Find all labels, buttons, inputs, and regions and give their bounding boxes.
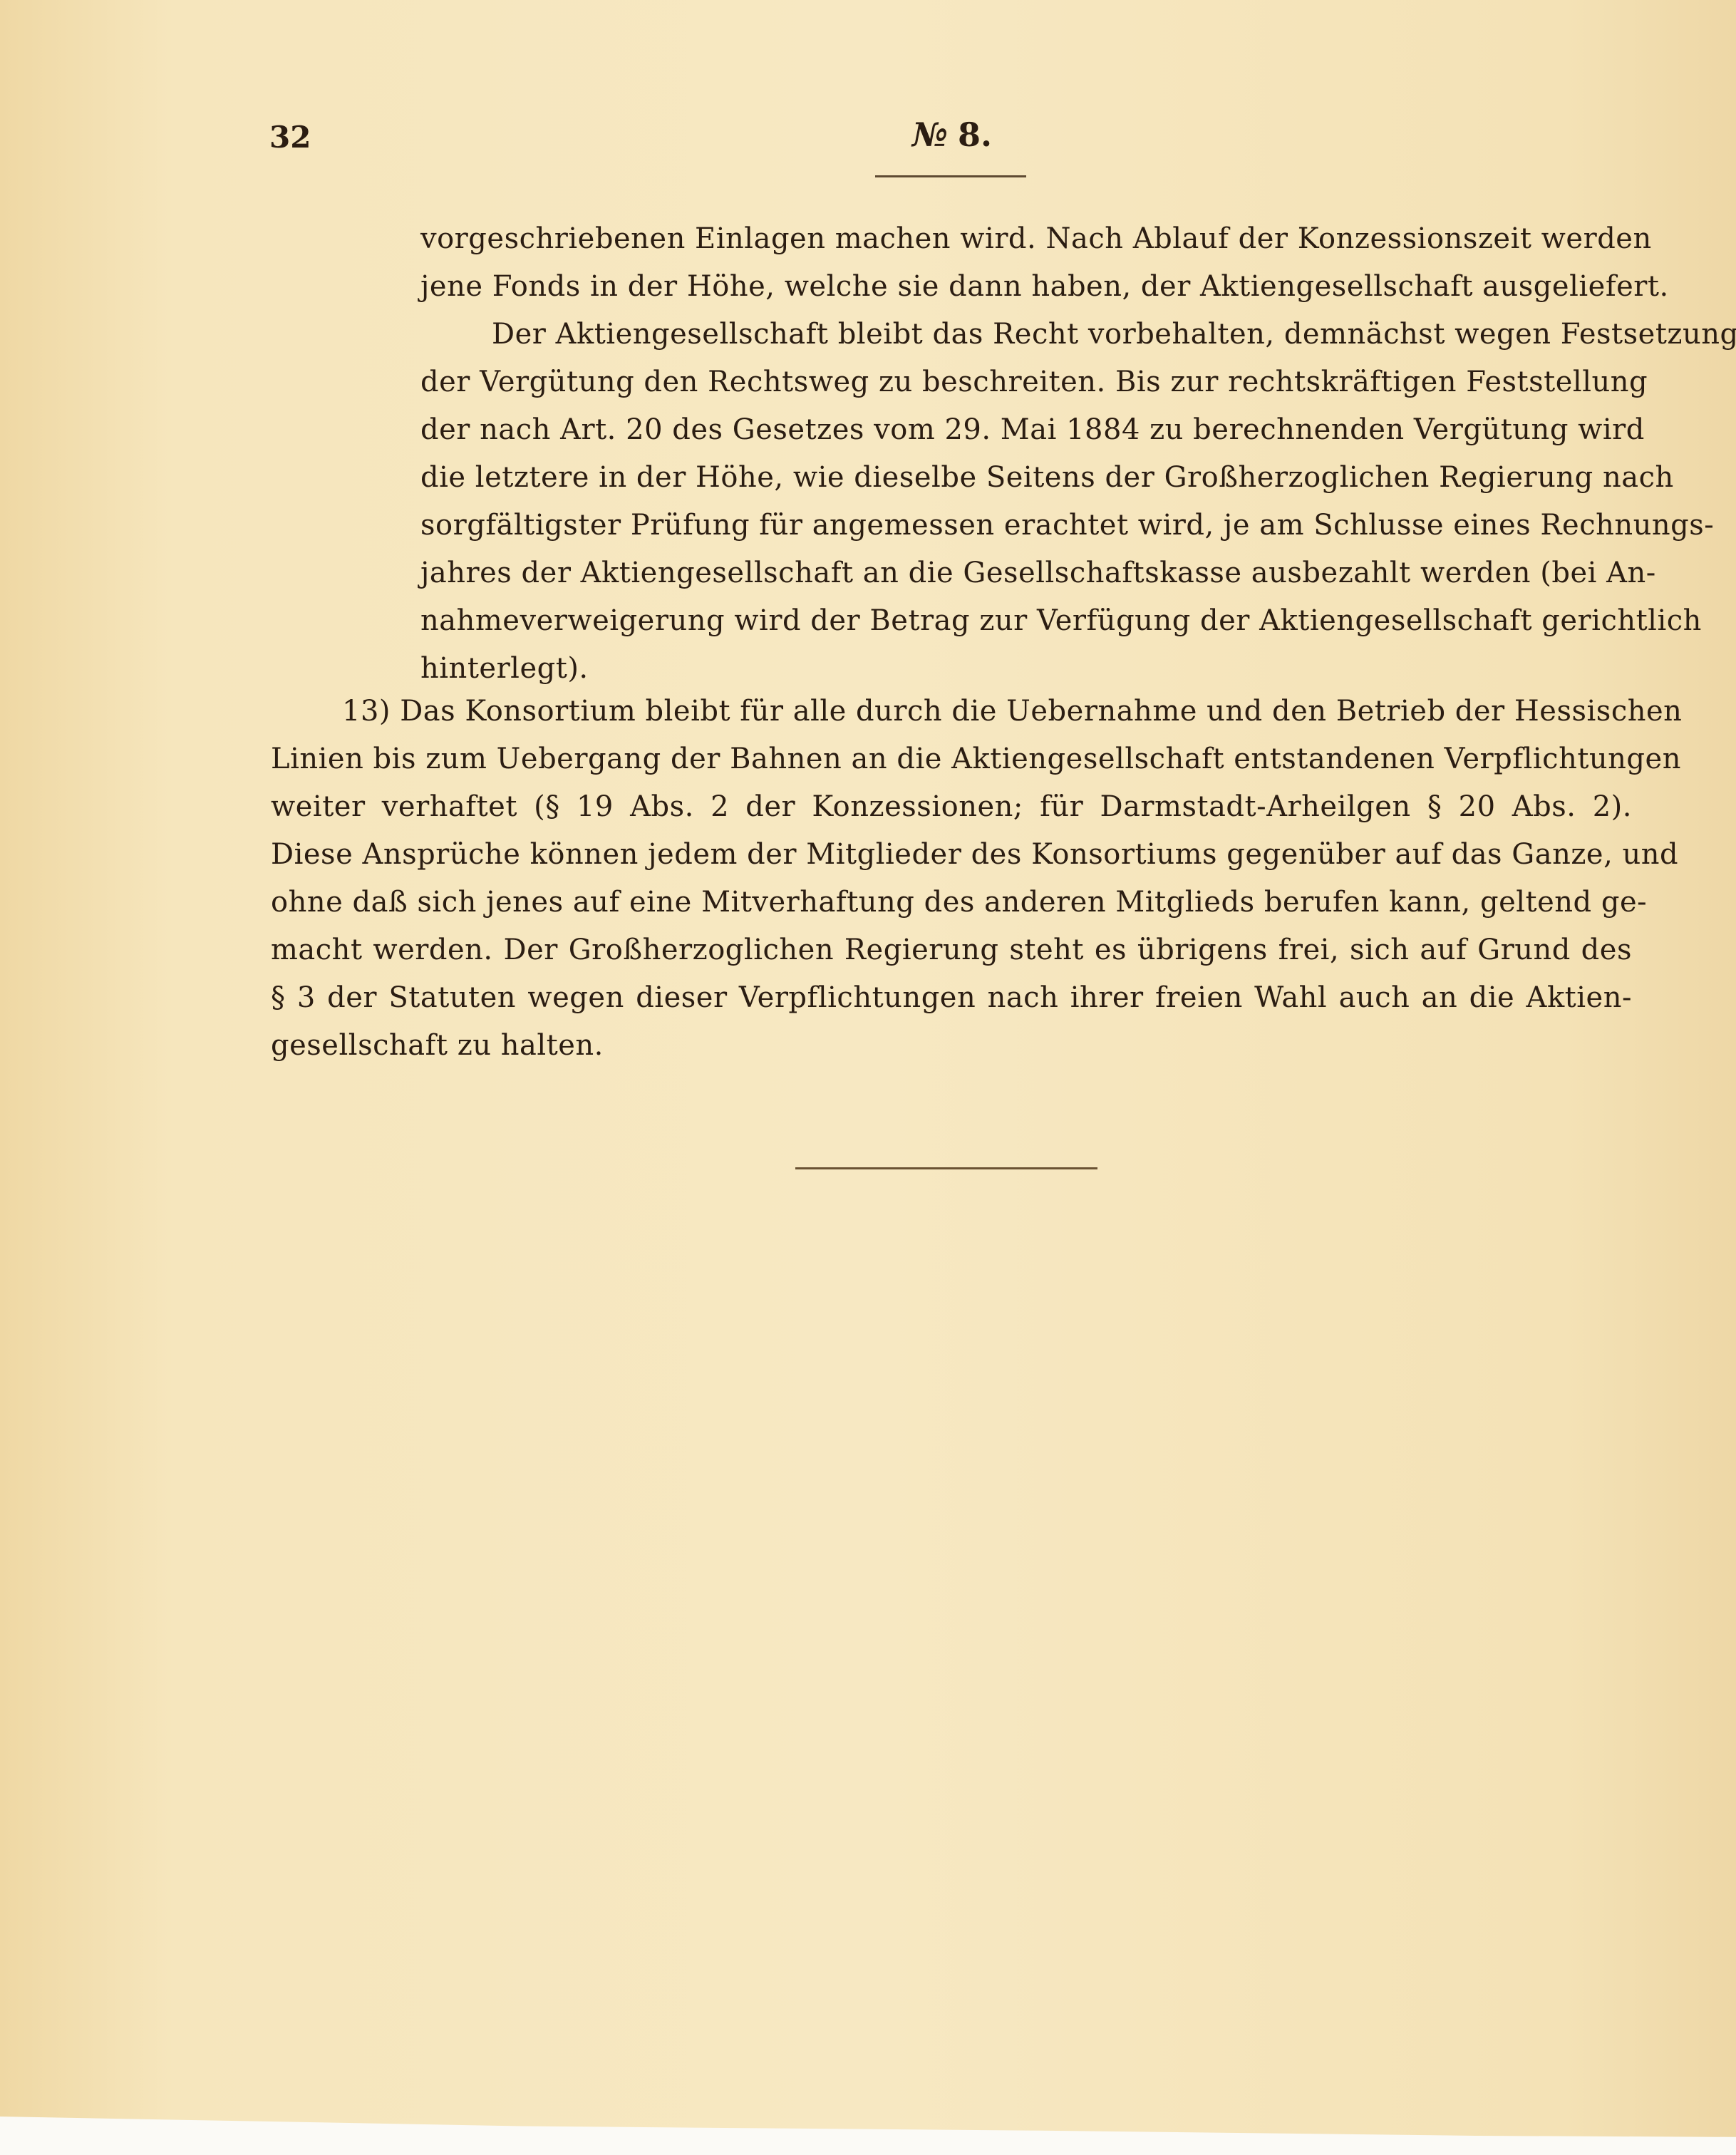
header-rule xyxy=(875,175,1026,177)
page-number: 32 xyxy=(269,120,311,155)
text-line: der Vergütung den Rechtsweg zu beschreit… xyxy=(420,358,1632,406)
text-line: Der Aktiengesellschaft bleibt das Recht … xyxy=(420,311,1632,358)
text-line: vorgeschriebenen Einlagen machen wird. N… xyxy=(420,215,1632,263)
paragraph-13: 13) Das Konsortium bleibt für alle durch… xyxy=(271,688,1632,1070)
text-line: jene Fonds in der Höhe, welche sie dann … xyxy=(420,263,1632,311)
text-line: 13) Das Konsortium bleibt für alle durch… xyxy=(271,688,1632,735)
text-line: hinterlegt). xyxy=(420,645,1632,693)
text-line: gesellschaft zu halten. xyxy=(271,1022,1632,1070)
text-line: die letztere in der Höhe, wie dieselbe S… xyxy=(420,454,1632,502)
text-line: Linien bis zum Uebergang der Bahnen an d… xyxy=(271,735,1632,783)
text-line: ohne daß sich jenes auf eine Mitverhaftu… xyxy=(271,879,1632,926)
issue-heading: №8. xyxy=(877,115,1028,154)
text-line: der nach Art. 20 des Gesetzes vom 29. Ma… xyxy=(420,406,1632,454)
paragraph-continuation: vorgeschriebenen Einlagen machen wird. N… xyxy=(420,215,1632,693)
numero-sign: № xyxy=(912,115,948,154)
section-end-rule xyxy=(795,1167,1097,1169)
text-line: macht werden. Der Großherzoglichen Regie… xyxy=(271,926,1632,974)
text-line: weiter verhaftet (§ 19 Abs. 2 der Konzes… xyxy=(271,783,1632,831)
issue-number: 8. xyxy=(958,115,992,154)
text-line: § 3 der Statuten wegen dieser Verpflicht… xyxy=(271,974,1632,1022)
text-line: jahres der Aktiengesellschaft an die Ges… xyxy=(420,549,1632,597)
text-line: sorgfältigster Prüfung für angemessen er… xyxy=(420,502,1632,549)
page-bottom-edge xyxy=(0,2091,1736,2155)
text-line: nahmeverweigerung wird der Betrag zur Ve… xyxy=(420,597,1632,645)
text-line: Diese Ansprüche können jedem der Mitglie… xyxy=(271,831,1632,879)
